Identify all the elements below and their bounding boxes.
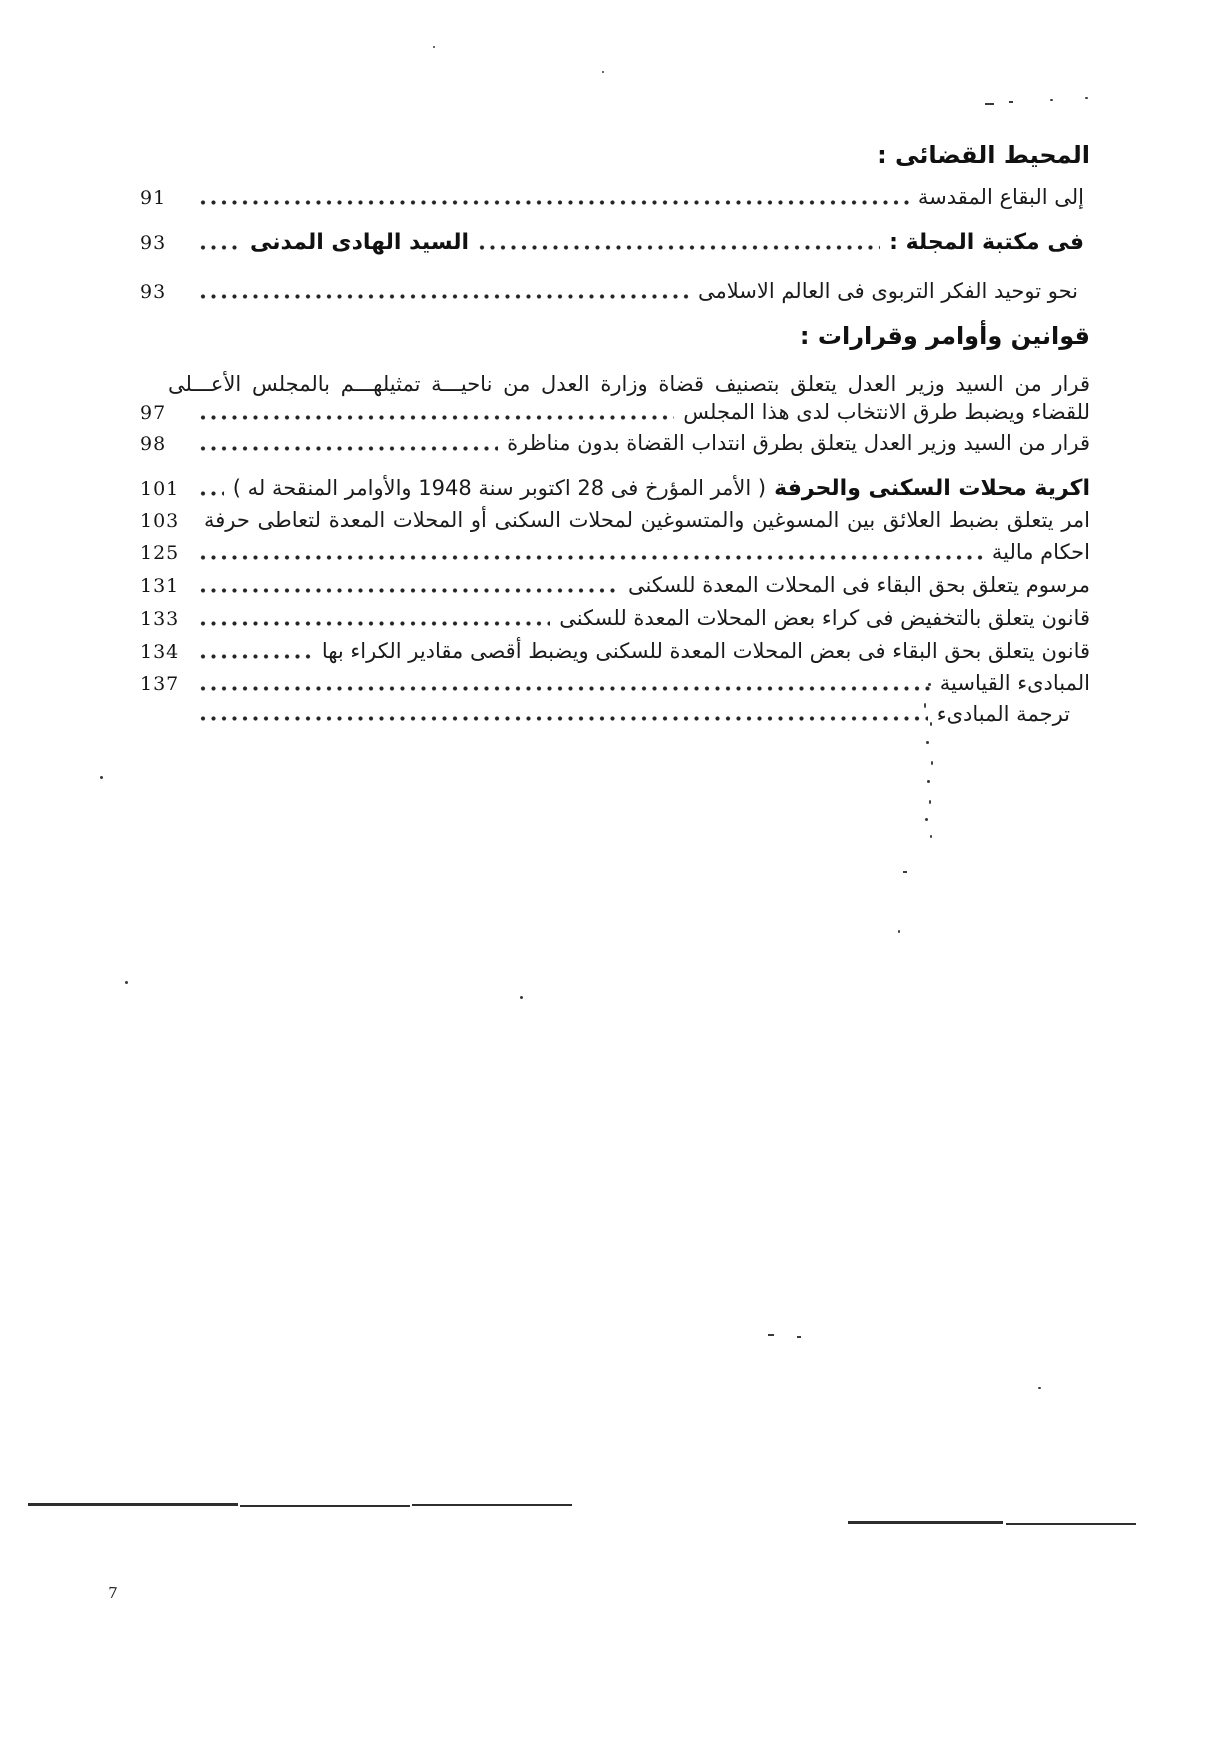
entry-title: احكام مالية: [992, 538, 1090, 566]
entry-page-number: 137: [140, 670, 190, 698]
entry-title-bold: اكرية محلات السكنى والحرفة: [774, 475, 1090, 503]
scan-speck: [928, 683, 931, 686]
entry-page-number: 125: [140, 539, 190, 567]
entry-page-number: 93: [140, 229, 190, 257]
scan-speck: [929, 800, 931, 804]
entry-page-number: 101: [140, 475, 190, 503]
toc-entry: مرسوم يتعلق بحق البقاء فى المحلات المعدة…: [140, 571, 1090, 600]
scan-speck: [930, 722, 932, 726]
scan-speck: [898, 930, 900, 933]
scan-speck: [1038, 1387, 1041, 1389]
toc-entry: للقضاء ويضبط طرق الانتخاب لدى هذا المجلس…: [140, 398, 1090, 427]
dot-leader: [199, 554, 983, 561]
scan-edge-line: [848, 1521, 1003, 1524]
entry-title: امر يتعلق بضبط العلائق بين المسوغين والم…: [204, 506, 1090, 534]
entry-page-number: 98: [140, 430, 190, 458]
scan-edge-line: [1006, 1523, 1136, 1525]
entry-author: السيد الهادى المدنى: [250, 229, 469, 257]
dot-leader: [199, 620, 550, 627]
toc-entry: احكام مالية 125: [140, 538, 1090, 567]
entry-page-number: 97: [140, 399, 190, 427]
entry-title: المبادىء القياسية: [940, 669, 1090, 697]
scan-edge-line: [28, 1503, 238, 1506]
scan-speck: [931, 761, 933, 765]
entry-title: إلى البقاع المقدسة: [918, 183, 1084, 211]
dot-leader: [199, 293, 689, 300]
scan-speck: [924, 703, 926, 708]
entry-page-number: 91: [140, 184, 190, 212]
scan-speck: [1085, 97, 1088, 99]
toc-entry: امر يتعلق بضبط العلائق بين المسوغين والم…: [140, 506, 1090, 535]
scan-speck: [1050, 99, 1053, 101]
scan-speck: [797, 1336, 801, 1338]
toc-entry: قانون يتعلق بحق البقاء فى بعض المحلات ال…: [140, 637, 1090, 666]
entry-page-number: 103: [140, 507, 190, 535]
toc-entry: إلى البقاع المقدسة 91: [140, 183, 1090, 212]
table-of-contents: المحيط القضائى : إلى البقاع المقدسة 91 ف…: [140, 141, 1090, 728]
toc-entry-line1: قرار من السيد وزير العدل يتعلق بتصنيف قض…: [140, 370, 1090, 398]
dot-leader-short: [199, 244, 241, 251]
toc-entry: نحو توحيد الفكر التربوى فى العالم الاسلا…: [140, 277, 1090, 306]
dot-leader: [199, 414, 674, 421]
entry-title: قرار من السيد وزير العدل يتعلق بطرق انتد…: [507, 429, 1090, 457]
scan-speck: [520, 996, 523, 999]
scan-speck: [433, 46, 435, 48]
dot-leader: [199, 685, 931, 692]
entry-title: قانون يتعلق بحق البقاء فى بعض المحلات ال…: [322, 637, 1090, 665]
scan-speck: [1009, 101, 1013, 103]
dot-leader: [199, 715, 928, 722]
scan-speck: [930, 835, 932, 838]
dot-leader: [199, 490, 224, 497]
entry-title: ترجمة المبادىء: [937, 700, 1070, 728]
entry-title: قانون يتعلق بالتخفيض فى كراء بعض المحلات…: [559, 604, 1090, 632]
scanned-page: المحيط القضائى : إلى البقاع المقدسة 91 ف…: [0, 0, 1230, 1755]
dot-leader: [199, 445, 498, 452]
section-heading-laws: قوانين وأوامر وقرارات :: [140, 322, 1090, 350]
scan-speck: [985, 103, 994, 105]
scan-speck: [125, 981, 128, 984]
entry-title: للقضاء ويضبط طرق الانتخاب لدى هذا المجلس: [683, 398, 1090, 426]
entry-page-number: 134: [140, 638, 190, 666]
entry-title-rest: ( الأمر المؤرخ فى 28 اكتوبر سنة 1948 وال…: [233, 474, 766, 502]
entry-title: نحو توحيد الفكر التربوى فى العالم الاسلا…: [698, 277, 1078, 305]
entry-page-number: 131: [140, 572, 190, 600]
section-heading-text: قوانين وأوامر وقرارات :: [800, 322, 1090, 350]
scan-speck: [768, 1334, 774, 1336]
toc-entry: المبادىء القياسية 137: [140, 669, 1090, 698]
scan-speck: [602, 71, 604, 73]
entry-title: مرسوم يتعلق بحق البقاء فى المحلات المعدة…: [628, 571, 1090, 599]
footer-page-mark: 7: [108, 1584, 118, 1602]
scan-speck: [100, 776, 103, 779]
entry-page-number: 133: [140, 605, 190, 633]
scan-speck: [927, 780, 930, 783]
scan-speck: [926, 741, 929, 744]
toc-entry: اكرية محلات السكنى والحرفة ( الأمر المؤر…: [140, 474, 1090, 503]
scan-speck: [903, 871, 907, 873]
toc-entry: فى مكتبة المجلة : السيد الهادى المدنى 93: [140, 229, 1090, 257]
toc-entry: قانون يتعلق بالتخفيض فى كراء بعض المحلات…: [140, 604, 1090, 633]
toc-entry: قرار من السيد وزير العدل يتعلق بطرق انتد…: [140, 429, 1090, 458]
section-heading-text: المحيط القضائى :: [877, 141, 1090, 169]
dot-leader: [478, 244, 880, 251]
entry-title: فى مكتبة المجلة :: [889, 229, 1084, 257]
toc-entry: ترجمة المبادىء: [140, 700, 1090, 728]
dot-leader: [199, 199, 909, 206]
dot-leader: [199, 587, 619, 594]
section-heading-judicial: المحيط القضائى :: [140, 141, 1090, 169]
scan-edge-line: [412, 1504, 572, 1506]
scan-speck: [925, 818, 928, 821]
dot-leader: [199, 653, 313, 660]
scan-edge-line: [240, 1505, 410, 1507]
entry-line1-text: قرار من السيد وزير العدل يتعلق بتصنيف قض…: [168, 372, 1090, 396]
entry-page-number: 93: [140, 278, 190, 306]
